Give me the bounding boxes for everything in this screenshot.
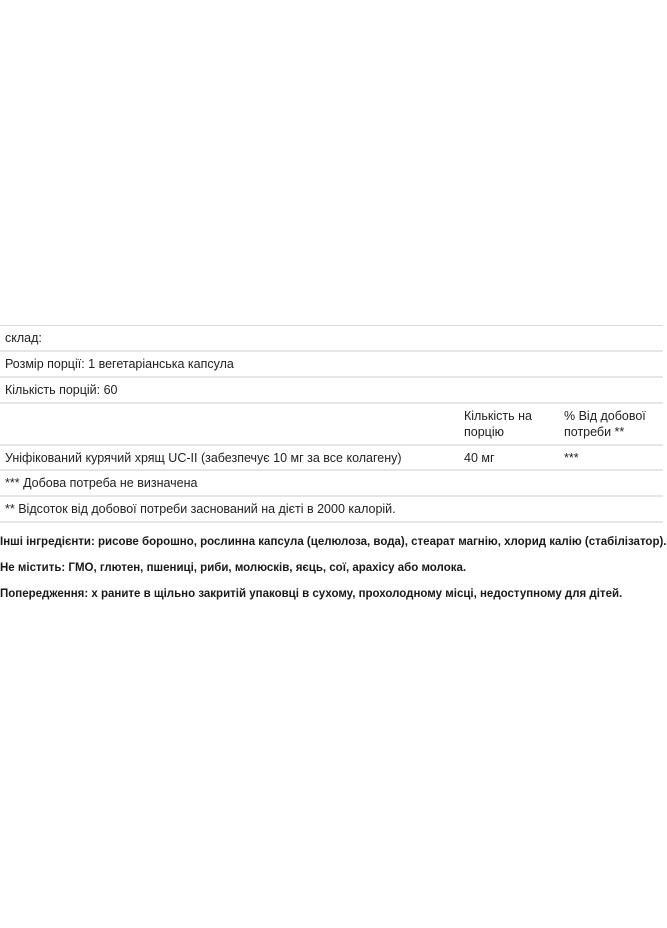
serving-size: Розмір порції: 1 вегетаріанська капсула xyxy=(5,356,234,372)
footnote-percent-daily-value: ** Відсоток від добової потреби заснован… xyxy=(5,501,396,517)
product-notes: Інші інгредієнти: рисове борошно, рослин… xyxy=(0,534,667,612)
footnote-row: ** Відсоток від добової потреби заснован… xyxy=(0,497,663,523)
ingredient-amount: 40 мг xyxy=(464,450,564,466)
warning-text: х раните в щільно закритій упаковці в су… xyxy=(88,588,622,600)
ingredient-daily-value: *** xyxy=(564,450,663,466)
does-not-contain-label: Не містить: xyxy=(0,562,65,574)
ingredient-name: Уніфікований курячий хрящ UC-II (забезпе… xyxy=(0,450,464,466)
facts-title-row: склад: xyxy=(0,326,663,352)
supplement-facts-table: склад: Розмір порції: 1 вегетаріанська к… xyxy=(0,325,663,523)
does-not-contain-text: ГМО, глютен, пшениці, риби, молюсків, яє… xyxy=(65,562,466,574)
servings-per-container-row: Кількість порцій: 60 xyxy=(0,378,663,404)
other-ingredients-note: Інші інгредієнти: рисове борошно, рослин… xyxy=(0,534,667,560)
other-ingredients-text: рисове борошно, рослинна капсула (целюло… xyxy=(95,536,667,548)
facts-title: склад: xyxy=(5,330,42,346)
table-header-row: Кількість на порцію % Від добової потреб… xyxy=(0,404,663,446)
table-row: Уніфікований курячий хрящ UC-II (забезпе… xyxy=(0,446,663,471)
warning-label: Попередження: xyxy=(0,588,88,600)
does-not-contain-note: Не містить: ГМО, глютен, пшениці, риби, … xyxy=(0,560,667,586)
header-daily-value: % Від добової потреби ** xyxy=(564,408,663,440)
servings-per-container: Кількість порцій: 60 xyxy=(5,382,118,398)
footnote-row: *** Добова потреба не визначена xyxy=(0,471,663,497)
footnote-daily-value-not-established: *** Добова потреба не визначена xyxy=(5,475,197,491)
other-ingredients-label: Інші інгредієнти: xyxy=(0,536,95,548)
serving-size-row: Розмір порції: 1 вегетаріанська капсула xyxy=(0,352,663,378)
header-amount: Кількість на порцію xyxy=(464,408,564,440)
warning-note: Попередження: х раните в щільно закритій… xyxy=(0,586,667,612)
